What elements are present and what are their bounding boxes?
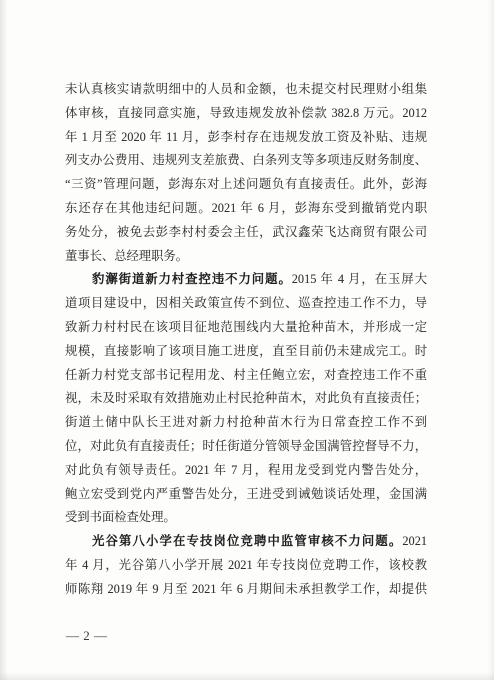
text-line: 列支办公费用、违规列支差旅费、白条列支等多项违反财务制度、 — [65, 149, 427, 173]
line-text: 东还存在其他违纪问题。2021 年 6 月，彭海东受到撤销党内职 — [65, 201, 427, 215]
line-text: 视，未及时采取有效措施劝止村民抢种苗木，对此负有直接责任； — [65, 391, 427, 405]
line-text: 街道土储中队长王进对新力村抢种苗木行为日常查控工作不到 — [65, 415, 427, 429]
line-text: 对此负有领导责任。2021 年 7 月，程用龙受到党内警告处分， — [65, 463, 427, 477]
line-text: 2021 — [402, 534, 427, 548]
text-line: 任新力村党支部书记程用龙、村主任鲍立宏，对查控违工作不重 — [65, 364, 427, 388]
line-text: 任新力村党支部书记程用龙、村主任鲍立宏，对查控违工作不重 — [65, 368, 427, 382]
line-text: 师陈翔 2019 年 9 月至 2021 年 6 月期间未承担教学工作，却提供 — [65, 582, 427, 596]
text-line: 年 4 月，光谷第八小学开展 2021 年专技岗位竞聘工作，该校教 — [65, 554, 427, 578]
text-line: 受到书面检查处理。 — [65, 506, 427, 530]
paragraph-heading: 光谷第八小学在专技岗位竞聘中监管审核不力问题。 — [92, 534, 402, 548]
line-text: 务处分，被免去彭李村村委会主任，武汉鑫荣飞达商贸有限公司 — [65, 225, 427, 239]
scanned-document-page: 未认真核实请款明细中的人员和金额，也未提交村民理财小组集 体审核，直接同意实施，… — [0, 0, 494, 680]
line-text: 位，对此负有直接责任；时任街道分管领导金国满管控督导不力， — [65, 439, 427, 453]
text-line: 规模，直接影响了该项目施工进度，直至目前仍未建成完工。时 — [65, 340, 427, 364]
text-line: 对此负有领导责任。2021 年 7 月，程用龙受到党内警告处分， — [65, 459, 427, 483]
paragraph-heading: 豹澥街道新力村查控违不力问题。 — [92, 272, 292, 286]
text-line: 东还存在其他违纪问题。2021 年 6 月，彭海东受到撤销党内职 — [65, 197, 427, 221]
text-line: 年 1 月至 2020 年 11 月，彭李村存在违规发放工资及补贴、违规 — [65, 126, 427, 150]
scan-artifact-left-edge — [0, 0, 8, 680]
scan-artifact-right-edge — [488, 0, 494, 680]
text-line: 董事长、总经理职务。 — [65, 245, 427, 269]
line-text: “三资”管理问题，彭海东对上述问题负有直接责任。此外，彭海 — [65, 177, 427, 191]
page-number: — 2 — — [66, 628, 108, 644]
line-text: 鲍立宏受到党内严重警告处分，王进受到诫勉谈话处理，金国满 — [65, 487, 427, 501]
text-line: 师陈翔 2019 年 9 月至 2021 年 6 月期间未承担教学工作，却提供 — [65, 578, 427, 602]
line-text: 年 4 月，光谷第八小学开展 2021 年专技岗位竞聘工作，该校教 — [65, 558, 427, 572]
line-text: 年 1 月至 2020 年 11 月，彭李村存在违规发放工资及补贴、违规 — [65, 130, 427, 144]
text-line: 鲍立宏受到党内严重警告处分，王进受到诫勉谈话处理，金国满 — [65, 483, 427, 507]
text-line: 体审核，直接同意实施，导致违规发放补偿款 382.8 万元。2012 — [65, 102, 427, 126]
text-line: “三资”管理问题，彭海东对上述问题负有直接责任。此外，彭海 — [65, 173, 427, 197]
line-text: 体审核，直接同意实施，导致违规发放补偿款 382.8 万元。2012 — [65, 106, 427, 120]
line-text: 2015 年 4 月，在玉屏大 — [292, 272, 427, 286]
text-line: 未认真核实请款明细中的人员和金额，也未提交村民理财小组集 — [65, 78, 427, 102]
line-text: 致新力村村民在该项目征地范围线内大量抢种苗木，并形成一定 — [65, 320, 427, 334]
line-text: 道项目建设中，因相关政策宣传不到位、巡查控违工作不力，导 — [65, 296, 427, 310]
line-text: 受到书面检查处理。 — [65, 510, 176, 524]
text-line: 务处分，被免去彭李村村委会主任，武汉鑫荣飞达商贸有限公司 — [65, 221, 427, 245]
text-line: 视，未及时采取有效措施劝止村民抢种苗木，对此负有直接责任； — [65, 387, 427, 411]
text-line: 位，对此负有直接责任；时任街道分管领导金国满管控督导不力， — [65, 435, 427, 459]
scan-artifact-bottom-edge — [0, 672, 494, 680]
document-body: 未认真核实请款明细中的人员和金额，也未提交村民理财小组集 体审核，直接同意实施，… — [65, 78, 427, 602]
text-line: 光谷第八小学在专技岗位竞聘中监管审核不力问题。2021 — [65, 530, 427, 554]
line-text: 规模，直接影响了该项目施工进度，直至目前仍未建成完工。时 — [65, 344, 427, 358]
line-text: 董事长、总经理职务。 — [65, 249, 188, 263]
line-text: 未认真核实请款明细中的人员和金额，也未提交村民理财小组集 — [65, 82, 427, 96]
text-line: 致新力村村民在该项目征地范围线内大量抢种苗木，并形成一定 — [65, 316, 427, 340]
text-line: 豹澥街道新力村查控违不力问题。2015 年 4 月，在玉屏大 — [65, 268, 427, 292]
text-line: 道项目建设中，因相关政策宣传不到位、巡查控违工作不力，导 — [65, 292, 427, 316]
line-text: 列支办公费用、违规列支差旅费、白条列支等多项违反财务制度、 — [65, 153, 427, 167]
text-line: 街道土储中队长王进对新力村抢种苗木行为日常查控工作不到 — [65, 411, 427, 435]
